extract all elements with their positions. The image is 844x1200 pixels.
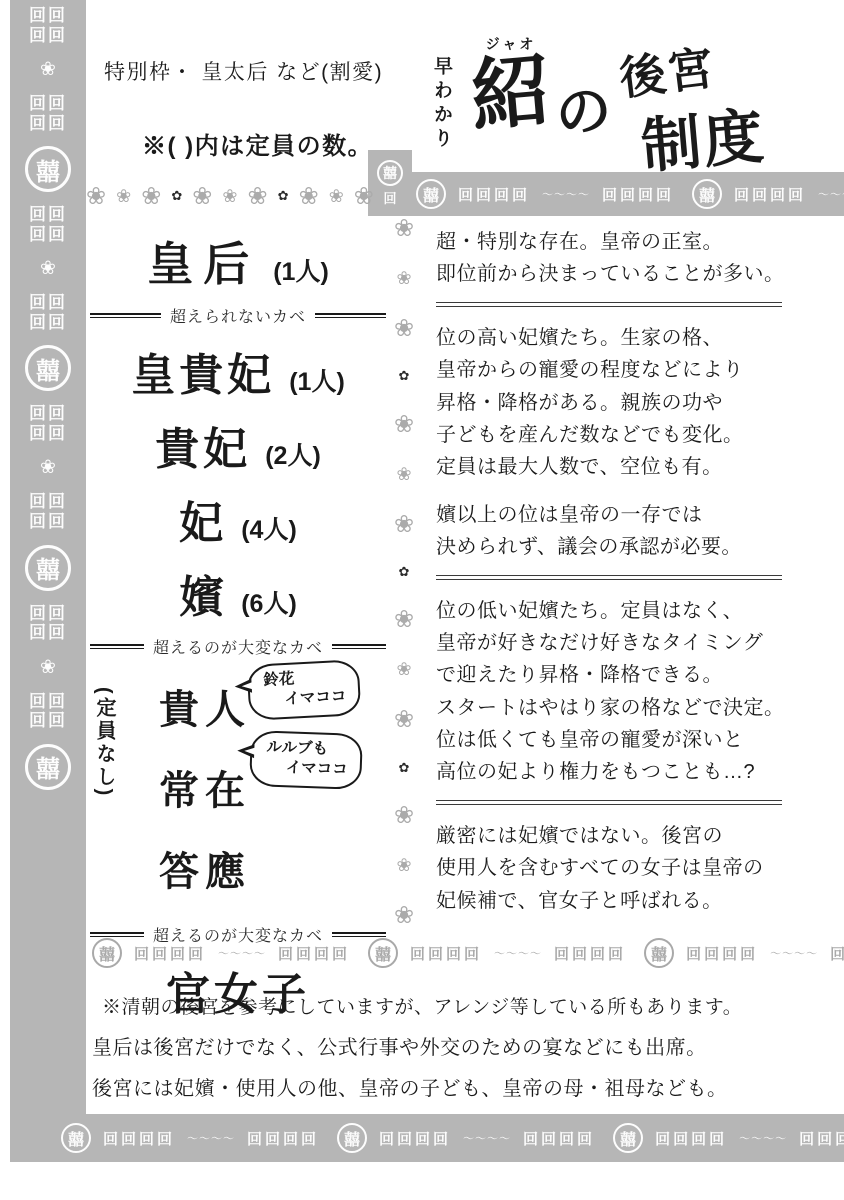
flower-icon: ❀ xyxy=(222,186,237,207)
flower-icon: ❀ xyxy=(394,605,414,634)
rank-concubine: 嬪 (6人) xyxy=(90,561,386,625)
section-divider xyxy=(436,800,782,805)
meander-icon: 回回回回 xyxy=(830,943,844,964)
meander-icon: 回回回回 xyxy=(247,1128,319,1149)
text-line: 皇帝からの寵愛の程度などにより xyxy=(436,354,818,386)
divider-line xyxy=(90,932,144,937)
title-particle: の xyxy=(550,65,615,151)
divider-line xyxy=(90,644,144,649)
flower-icon: ❀ xyxy=(396,464,411,485)
meander-icon: 回回回回 xyxy=(29,94,67,133)
meander-icon: 回回回回 xyxy=(799,1128,844,1149)
meander-icon: 回回回回 xyxy=(29,604,67,643)
footer-note: ※清朝の後宮を参考にしていますが、アレンジ等している所もあります。 xyxy=(102,988,840,1028)
rank-noble-consort: 貴妃 (2人) xyxy=(90,413,386,477)
flower-icon: ❀ xyxy=(40,58,56,81)
leaf-icon: ✿ xyxy=(399,368,410,384)
explanation-column: 超・特別な存在。皇帝の正室。 即位前から決まっていることが多い。 位の高い妃嬪た… xyxy=(436,226,818,917)
footer-note: 後宮には妃嬪・使用人の他、皇帝の子ども、皇帝の母・祖母なども。 xyxy=(92,1069,840,1111)
meander-icon: 回回回回 xyxy=(29,6,67,45)
wall-divider-hard-1: 超えるのが大変なカベ xyxy=(90,635,386,658)
text-line: 即位前から決まっていることが多い。 xyxy=(436,258,818,290)
text-line: 位の低い妃嬪たち。定員はなく、 xyxy=(436,595,818,627)
leaf-icon: ✿ xyxy=(399,564,410,580)
section-divider xyxy=(436,302,782,307)
leaf-icon: ✿ xyxy=(399,760,410,776)
scribble-icon: 〜〜〜〜 xyxy=(770,945,818,961)
wall-divider-hard-2: 超えるのが大変なカベ xyxy=(90,923,386,946)
text-line: 超・特別な存在。皇帝の正室。 xyxy=(436,226,818,258)
rank-imperial-noble-consort: 皇貴妃 (1人) xyxy=(90,339,386,403)
text-line: 決められず、議会の承認が必要。 xyxy=(436,531,818,563)
meander-icon: 回回回回 xyxy=(29,692,67,731)
text-line: 使用人を含むすべての女子は皇帝の xyxy=(436,852,818,884)
left-ornamental-border: 回回回回❀回回回回囍回回回回❀回回回回囍回回回回❀回回回回囍回回回回❀回回回回囍 xyxy=(10,0,86,1162)
rank-hierarchy-list: 皇后 (1人) 超えられないカベ 皇貴妃 (1人) 貴妃 (2人) 妃 (4人)… xyxy=(90,224,386,1032)
rank-capacity: (1人) xyxy=(289,362,345,398)
double-happiness-icon: 囍 xyxy=(25,146,71,192)
text-line: 嬪以上の位は皇帝の一存では xyxy=(436,499,818,531)
flower-icon: ❀ xyxy=(192,182,212,211)
paragraph-empress: 超・特別な存在。皇帝の正室。 即位前から決まっていることが多い。 xyxy=(436,226,818,291)
title-country-char: 紹 xyxy=(468,51,555,138)
flower-icon: ❀ xyxy=(40,656,56,679)
rank-name: 答應 xyxy=(159,840,251,897)
special-slot-note: 特別枠・ 皇太后 など(割愛) xyxy=(104,56,383,86)
rank-capacity: (1人) xyxy=(273,252,329,288)
double-happiness-icon: 囍 xyxy=(692,179,722,209)
leaf-icon: ✿ xyxy=(171,188,182,204)
bubble-line: ルルブも xyxy=(266,738,349,761)
rank-name: 貴妃 xyxy=(155,413,251,477)
page-title: 早わかり ジャオ 紹 の 後宮 制度 xyxy=(428,34,765,180)
scribble-icon: 〜〜〜〜 xyxy=(542,186,590,202)
leaf-icon: ✿ xyxy=(278,188,289,204)
meander-icon: 回回回回 xyxy=(523,1128,595,1149)
paragraph-low-ranks: 位の低い妃嬪たち。定員はなく、 皇帝が好きなだけ好きなタイミング で迎えたり昇格… xyxy=(436,595,818,789)
text-line: 位は低くても皇帝の寵愛が深いと xyxy=(436,724,818,756)
meander-icon: 回回回回 xyxy=(734,184,806,205)
border-junction-ornament: 囍 回 xyxy=(368,150,412,216)
bubble-line: イマココ xyxy=(284,687,347,710)
paragraph-council-approval: 嬪以上の位は皇帝の一存では 決められず、議会の承認が必要。 xyxy=(436,499,818,564)
text-line: 皇帝が好きなだけ好きなタイミング xyxy=(436,627,818,659)
meander-icon: 回回回回 xyxy=(655,1128,727,1149)
wall-label: 超えるのが大変なカベ xyxy=(153,635,323,658)
rank-changzai: 常在 xyxy=(159,759,251,816)
text-line: スタートはやはり家の格などで決定。 xyxy=(436,692,818,724)
text-line: で迎えたり昇格・降格できる。 xyxy=(436,659,818,691)
rank-name: 皇貴妃 xyxy=(131,339,275,403)
scribble-icon: 〜〜〜〜 xyxy=(187,1130,235,1146)
rank-capacity: (6人) xyxy=(241,584,297,620)
meander-icon: 回回回回 xyxy=(29,492,67,531)
double-happiness-icon: 囍 xyxy=(644,938,674,968)
paragraph-court-ladies: 厳密には妃嬪ではない。後宮の 使用人を含むすべての女子は皇帝の 妃候補で、官女子… xyxy=(436,820,818,917)
rank-name: 妃 xyxy=(179,487,227,551)
rank-name: 嬪 xyxy=(179,561,227,625)
flower-icon: ❀ xyxy=(394,705,414,734)
text-line: 子どもを産んだ数などでも変化。 xyxy=(436,419,818,451)
rank-daying: 答應 xyxy=(159,840,251,897)
meander-icon: 回 xyxy=(383,188,396,207)
wall-label: 超えるのが大変なカベ xyxy=(153,923,323,946)
meander-icon: 回回回回 xyxy=(379,1128,451,1149)
flower-icon: ❀ xyxy=(394,901,414,930)
text-line: 高位の妃より権力をもつことも…? xyxy=(436,756,818,788)
meander-icon: 回回回回 xyxy=(29,293,67,332)
rank-capacity: (2人) xyxy=(265,436,321,472)
section-divider xyxy=(436,575,782,580)
flower-icon: ❀ xyxy=(396,268,411,289)
meander-icon: 回回回回 xyxy=(554,943,626,964)
wall-label: 超えられないカベ xyxy=(170,304,306,327)
footer-notes: ※清朝の後宮を参考にしていますが、アレンジ等している所もあります。 皇后は後宮だ… xyxy=(92,988,840,1111)
flower-icon: ❀ xyxy=(394,410,414,439)
meander-icon: 回回回回 xyxy=(686,943,758,964)
footer-note: 皇后は後宮だけでなく、公式行事や外交のための宴などにも出席。 xyxy=(92,1028,840,1070)
flower-icon: ❀ xyxy=(86,182,106,211)
meander-icon: 回回回回 xyxy=(410,943,482,964)
flower-icon: ❀ xyxy=(116,186,131,207)
text-line: 厳密には妃嬪ではない。後宮の xyxy=(436,820,818,852)
title-word-seido: 制度 xyxy=(637,89,768,185)
scribble-icon: 〜〜〜〜 xyxy=(463,1130,511,1146)
scribble-icon: 〜〜〜〜 xyxy=(494,945,542,961)
flower-icon: ❀ xyxy=(248,182,268,211)
meander-icon: 回回回回 xyxy=(29,404,67,443)
vertical-flower-garland: ❀❀❀✿❀❀❀✿❀❀❀✿❀❀❀ xyxy=(380,214,428,930)
flower-icon: ❀ xyxy=(394,510,414,539)
flower-icon: ❀ xyxy=(299,182,319,211)
rank-consort: 妃 (4人) xyxy=(90,487,386,551)
flower-icon: ❀ xyxy=(141,182,161,211)
book-page-harem-system-chart: 回回回回❀回回回回囍回回回回❀回回回回囍回回回回❀回回回回囍回回回回❀回回回回囍… xyxy=(0,0,844,1200)
unlimited-ranks-group: (定員なし) 貴人 常在 答應 鈴花 イマココ ルルブも イマココ xyxy=(90,670,386,913)
bubble-line: イマココ xyxy=(285,758,348,780)
divider-line xyxy=(332,644,386,649)
meander-icon: 回回回回 xyxy=(29,205,67,244)
double-happiness-icon: 囍 xyxy=(377,160,403,186)
flower-icon: ❀ xyxy=(394,801,414,830)
rank-name: 常在 xyxy=(159,759,251,816)
text-line: 昇格・降格がある。親族の功や xyxy=(436,387,818,419)
speech-bubble-rurubu: ルルブも イマココ xyxy=(249,730,363,790)
title-country-group: ジャオ 紹 xyxy=(471,34,551,134)
divider-line xyxy=(315,313,386,318)
text-line: 定員は最大人数で、空位も有。 xyxy=(436,451,818,483)
flower-icon: ❀ xyxy=(40,257,56,280)
text-line: 妃候補で、官女子と呼ばれる。 xyxy=(436,885,818,917)
double-happiness-icon: 囍 xyxy=(25,744,71,790)
scribble-icon: 〜〜〜〜 xyxy=(818,186,844,202)
text-line: 位の高い妃嬪たち。生家の格、 xyxy=(436,322,818,354)
double-happiness-icon: 囍 xyxy=(416,179,446,209)
flower-icon: ❀ xyxy=(40,456,56,479)
unlimited-ranks-column: 貴人 常在 答應 xyxy=(119,670,251,913)
double-happiness-icon: 囍 xyxy=(613,1123,643,1153)
meander-icon: 回回回回 xyxy=(602,184,674,205)
flower-icon: ❀ xyxy=(396,855,411,876)
horizontal-flower-garland: ❀❀❀✿❀❀❀✿❀❀❀ xyxy=(86,174,374,218)
flower-icon: ❀ xyxy=(394,214,414,243)
scribble-icon: 〜〜〜〜 xyxy=(739,1130,787,1146)
capacity-legend-note: ※( )内は定員の数。 xyxy=(142,126,373,161)
title-prefix: 早わかり xyxy=(428,56,455,152)
double-happiness-icon: 囍 xyxy=(25,345,71,391)
rank-name: 皇后 xyxy=(147,228,259,294)
divider-line xyxy=(90,313,161,318)
double-happiness-icon: 囍 xyxy=(61,1123,91,1153)
meander-icon: 回回回回 xyxy=(458,184,530,205)
flower-icon: ❀ xyxy=(396,659,411,680)
divider-line xyxy=(332,932,386,937)
wall-divider-uncrossable: 超えられないカベ xyxy=(90,304,386,327)
flower-icon: ❀ xyxy=(394,314,414,343)
flower-icon: ❀ xyxy=(354,182,374,211)
rank-capacity: (4人) xyxy=(241,510,297,546)
bottom-ornamental-band: 囍回回回回〜〜〜〜回回回回囍回回回回〜〜〜〜回回回回囍回回回回〜〜〜〜回回回回囍… xyxy=(55,1114,844,1162)
paragraph-high-ranks: 位の高い妃嬪たち。生家の格、 皇帝からの寵愛の程度などにより 昇格・降格がある。… xyxy=(436,322,818,484)
meander-icon: 回回回回 xyxy=(103,1128,175,1149)
double-happiness-icon: 囍 xyxy=(337,1123,367,1153)
double-happiness-icon: 囍 xyxy=(25,545,71,591)
speech-bubble-reika: 鈴花 イマココ xyxy=(247,659,362,721)
rank-empress: 皇后 (1人) xyxy=(90,228,386,294)
flower-icon: ❀ xyxy=(329,186,344,207)
title-words: 後宮 制度 xyxy=(619,34,765,180)
no-capacity-note: (定員なし) xyxy=(90,687,119,897)
